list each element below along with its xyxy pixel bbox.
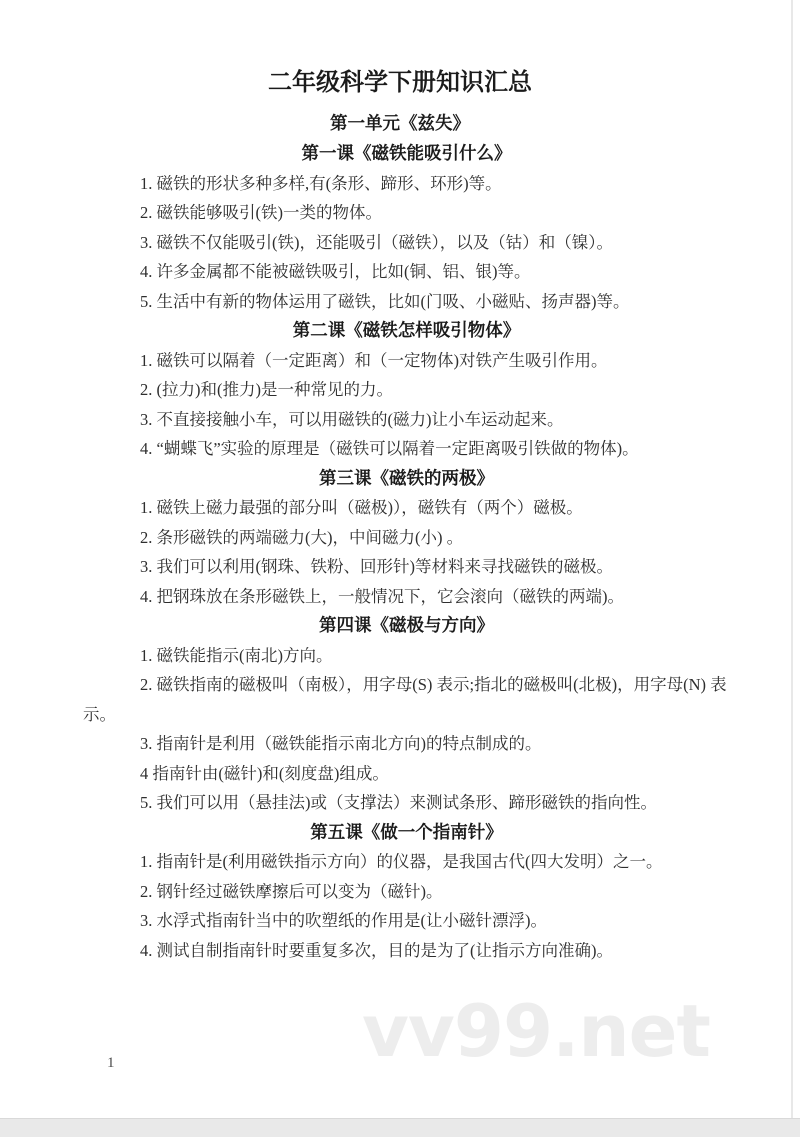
lesson-heading: 第四课《磁极与方向》 [83, 611, 730, 641]
knowledge-item: 3. 水浮式指南针当中的吹塑纸的作用是(让小磁针漂浮)。 [83, 906, 730, 936]
knowledge-item: 4. 许多金属都不能被磁铁吸引，比如(铜、铝、银)等。 [83, 257, 730, 287]
knowledge-item: 5. 生活中有新的物体运用了磁铁，比如(门吸、小磁贴、扬声器)等。 [83, 287, 730, 317]
knowledge-item: 3. 不直接接触小车，可以用磁铁的(磁力)让小车运动起来。 [83, 405, 730, 435]
knowledge-item: 2. 条形磁铁的两端磁力(大)，中间磁力(小) 。 [83, 523, 730, 553]
knowledge-item: 2. 磁铁能够吸引(铁)一类的物体。 [83, 198, 730, 228]
knowledge-item: 3. 我们可以利用(钢珠、铁粉、回形针)等材料来寻找磁铁的磁极。 [83, 552, 730, 582]
knowledge-item: 5. 我们可以用（悬挂法)或（支撑法）来测试条形、蹄形磁铁的指向性。 [83, 788, 730, 818]
page-number: 1 [107, 1054, 115, 1072]
unit-heading: 第一单元《兹失》 [0, 112, 800, 134]
lesson-heading: 第一课《磁铁能吸引什么》 [83, 139, 730, 169]
knowledge-item: 1. 磁铁能指示(南北)方向。 [83, 641, 730, 671]
knowledge-item: 2. 钢针经过磁铁摩擦后可以变为（磁针)。 [83, 877, 730, 907]
lesson-heading: 第二课《磁铁怎样吸引物体》 [83, 316, 730, 346]
knowledge-item: 4. “蝴蝶飞”实验的原理是（磁铁可以隔着一定距离吸引铁做的物体)。 [83, 434, 730, 464]
knowledge-item: 4. 测试自制指南针时要重复多次，目的是为了(让指示方向准确)。 [83, 936, 730, 966]
knowledge-item: 1. 磁铁可以隔着（一定距离）和（一定物体)对铁产生吸引作用。 [83, 346, 730, 376]
knowledge-item: 3. 指南针是利用（磁铁能指示南北方向)的特点制成的。 [83, 729, 730, 759]
document-page: 二年级科学下册知识汇总 第一单元《兹失》 第一课《磁铁能吸引什么》 1. 磁铁的… [0, 0, 800, 1137]
knowledge-item: 4 指南针由(磁针)和(刻度盘)组成。 [83, 759, 730, 789]
document-body: 第一课《磁铁能吸引什么》 1. 磁铁的形状多种多样,有(条形、蹄形、环形)等。 … [83, 139, 730, 965]
watermark: vv99.net [362, 995, 710, 1067]
lesson-heading: 第五课《做一个指南针》 [83, 818, 730, 848]
knowledge-item: 1. 磁铁的形状多种多样,有(条形、蹄形、环形)等。 [83, 169, 730, 199]
knowledge-item: 3. 磁铁不仅能吸引(铁)，还能吸引（磁铁），以及（钴）和（镍）。 [83, 228, 730, 258]
page-bottom-edge [0, 1118, 800, 1137]
knowledge-item: 2. 磁铁指南的磁极叫（南极），用字母(S) 表示;指北的磁极叫(北极)，用字母… [83, 670, 730, 729]
lesson-heading: 第三课《磁铁的两极》 [83, 464, 730, 494]
knowledge-item: 1. 磁铁上磁力最强的部分叫（磁极)），磁铁有（两个）磁极。 [83, 493, 730, 523]
knowledge-item: 2. (拉力)和(推力)是一种常见的力。 [83, 375, 730, 405]
page-right-edge [791, 0, 793, 1119]
document-title: 二年级科学下册知识汇总 [0, 0, 800, 98]
knowledge-item: 4. 把钢珠放在条形磁铁上，一般情况下，它会滚向（磁铁的两端)。 [83, 582, 730, 612]
knowledge-item: 1. 指南针是(利用磁铁指示方向）的仪器，是我国古代(四大发明）之一。 [83, 847, 730, 877]
